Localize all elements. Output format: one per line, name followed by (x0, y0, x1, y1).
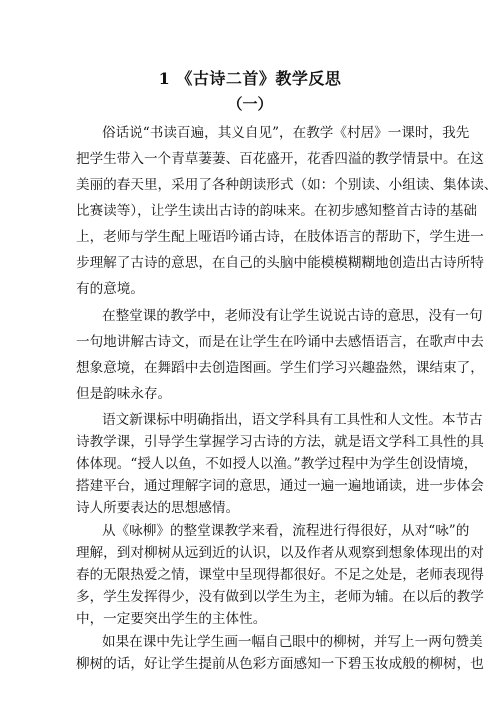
text-line: 中，一定要突出学生的主体性。 (76, 607, 266, 627)
text-line: 诗教学课，引导学生掌握学习古诗的方法，就是语文学科工具性的具 (76, 430, 426, 450)
text-line: 比赛读等），让学生读出古诗的韵味来。在初步感知整首古诗的基础 (76, 199, 426, 219)
page-title: 1 《古诗二首》教学反思 (0, 66, 500, 89)
text-line: 美丽的春天里，采用了各种朗读形式（如：个别读、小组读、集体读、 (76, 173, 426, 193)
text-line: 理解，到对柳树从远到近的认识，以及作者从观察到想象体现出的对 (76, 541, 426, 561)
text-line: 在整堂课的教学中，老师没有让学生说说古诗的意思，没有一句 (102, 304, 426, 324)
text-line: 上，老师与学生配上哑语吟诵古诗，在肢体语言的帮助下，学生进一 (76, 225, 426, 245)
text-line: 但是韵味永存。 (76, 382, 171, 402)
text-line: 语文新课标中明确指出，语文学科具有工具性和人文性。本节古 (102, 408, 426, 428)
text-line: 如果在课中先让学生画一幅自己眼中的柳树，并写上一两句赞美 (102, 630, 426, 650)
text-line: 俗话说“书读百遍，其义自见”，在教学《村居》一课时，我先 (102, 121, 426, 141)
text-line: 诗人所要表达的思想感情。 (76, 496, 239, 516)
text-line: 一句地讲解古诗文，而是在让学生在吟诵中去感悟语言，在歌声中去 (76, 330, 426, 350)
text-line: 把学生带入一个青草萋萋、百花盛开，花香四溢的教学情景中。在这 (76, 147, 426, 167)
text-line: 春的无限热爱之情，课堂中呈现得都很好。不足之处是，老师表现得 (76, 563, 426, 583)
text-line: 多，学生发挥得少，没有做到以学生为主，老师为辅。在以后的教学 (76, 585, 426, 605)
text-line: 柳树的话，好让学生提前从色彩方面感知一下碧玉妆成般的柳树，也 (76, 652, 426, 672)
text-line: 有的意境。 (76, 277, 144, 297)
text-line: 想象意境，在舞蹈中去创造图画。学生们学习兴趣盎然，课结束了， (76, 356, 426, 376)
text-line: 体体现。“授人以鱼，不如授人以渔。”教学过程中为学生创设情境， (76, 452, 426, 472)
text-line: 搭建平台，通过理解字词的意思，通过一遍一遍地诵读，进一步体会 (76, 474, 426, 494)
text-line: 从《咏柳》的整堂课教学来看，流程进行得很好，从对“咏”的 (102, 519, 426, 539)
section-heading: （一） (0, 93, 500, 114)
text-line: 步理解了古诗的意思，在自己的头脑中能模模糊糊地创造出古诗所特 (76, 251, 426, 271)
